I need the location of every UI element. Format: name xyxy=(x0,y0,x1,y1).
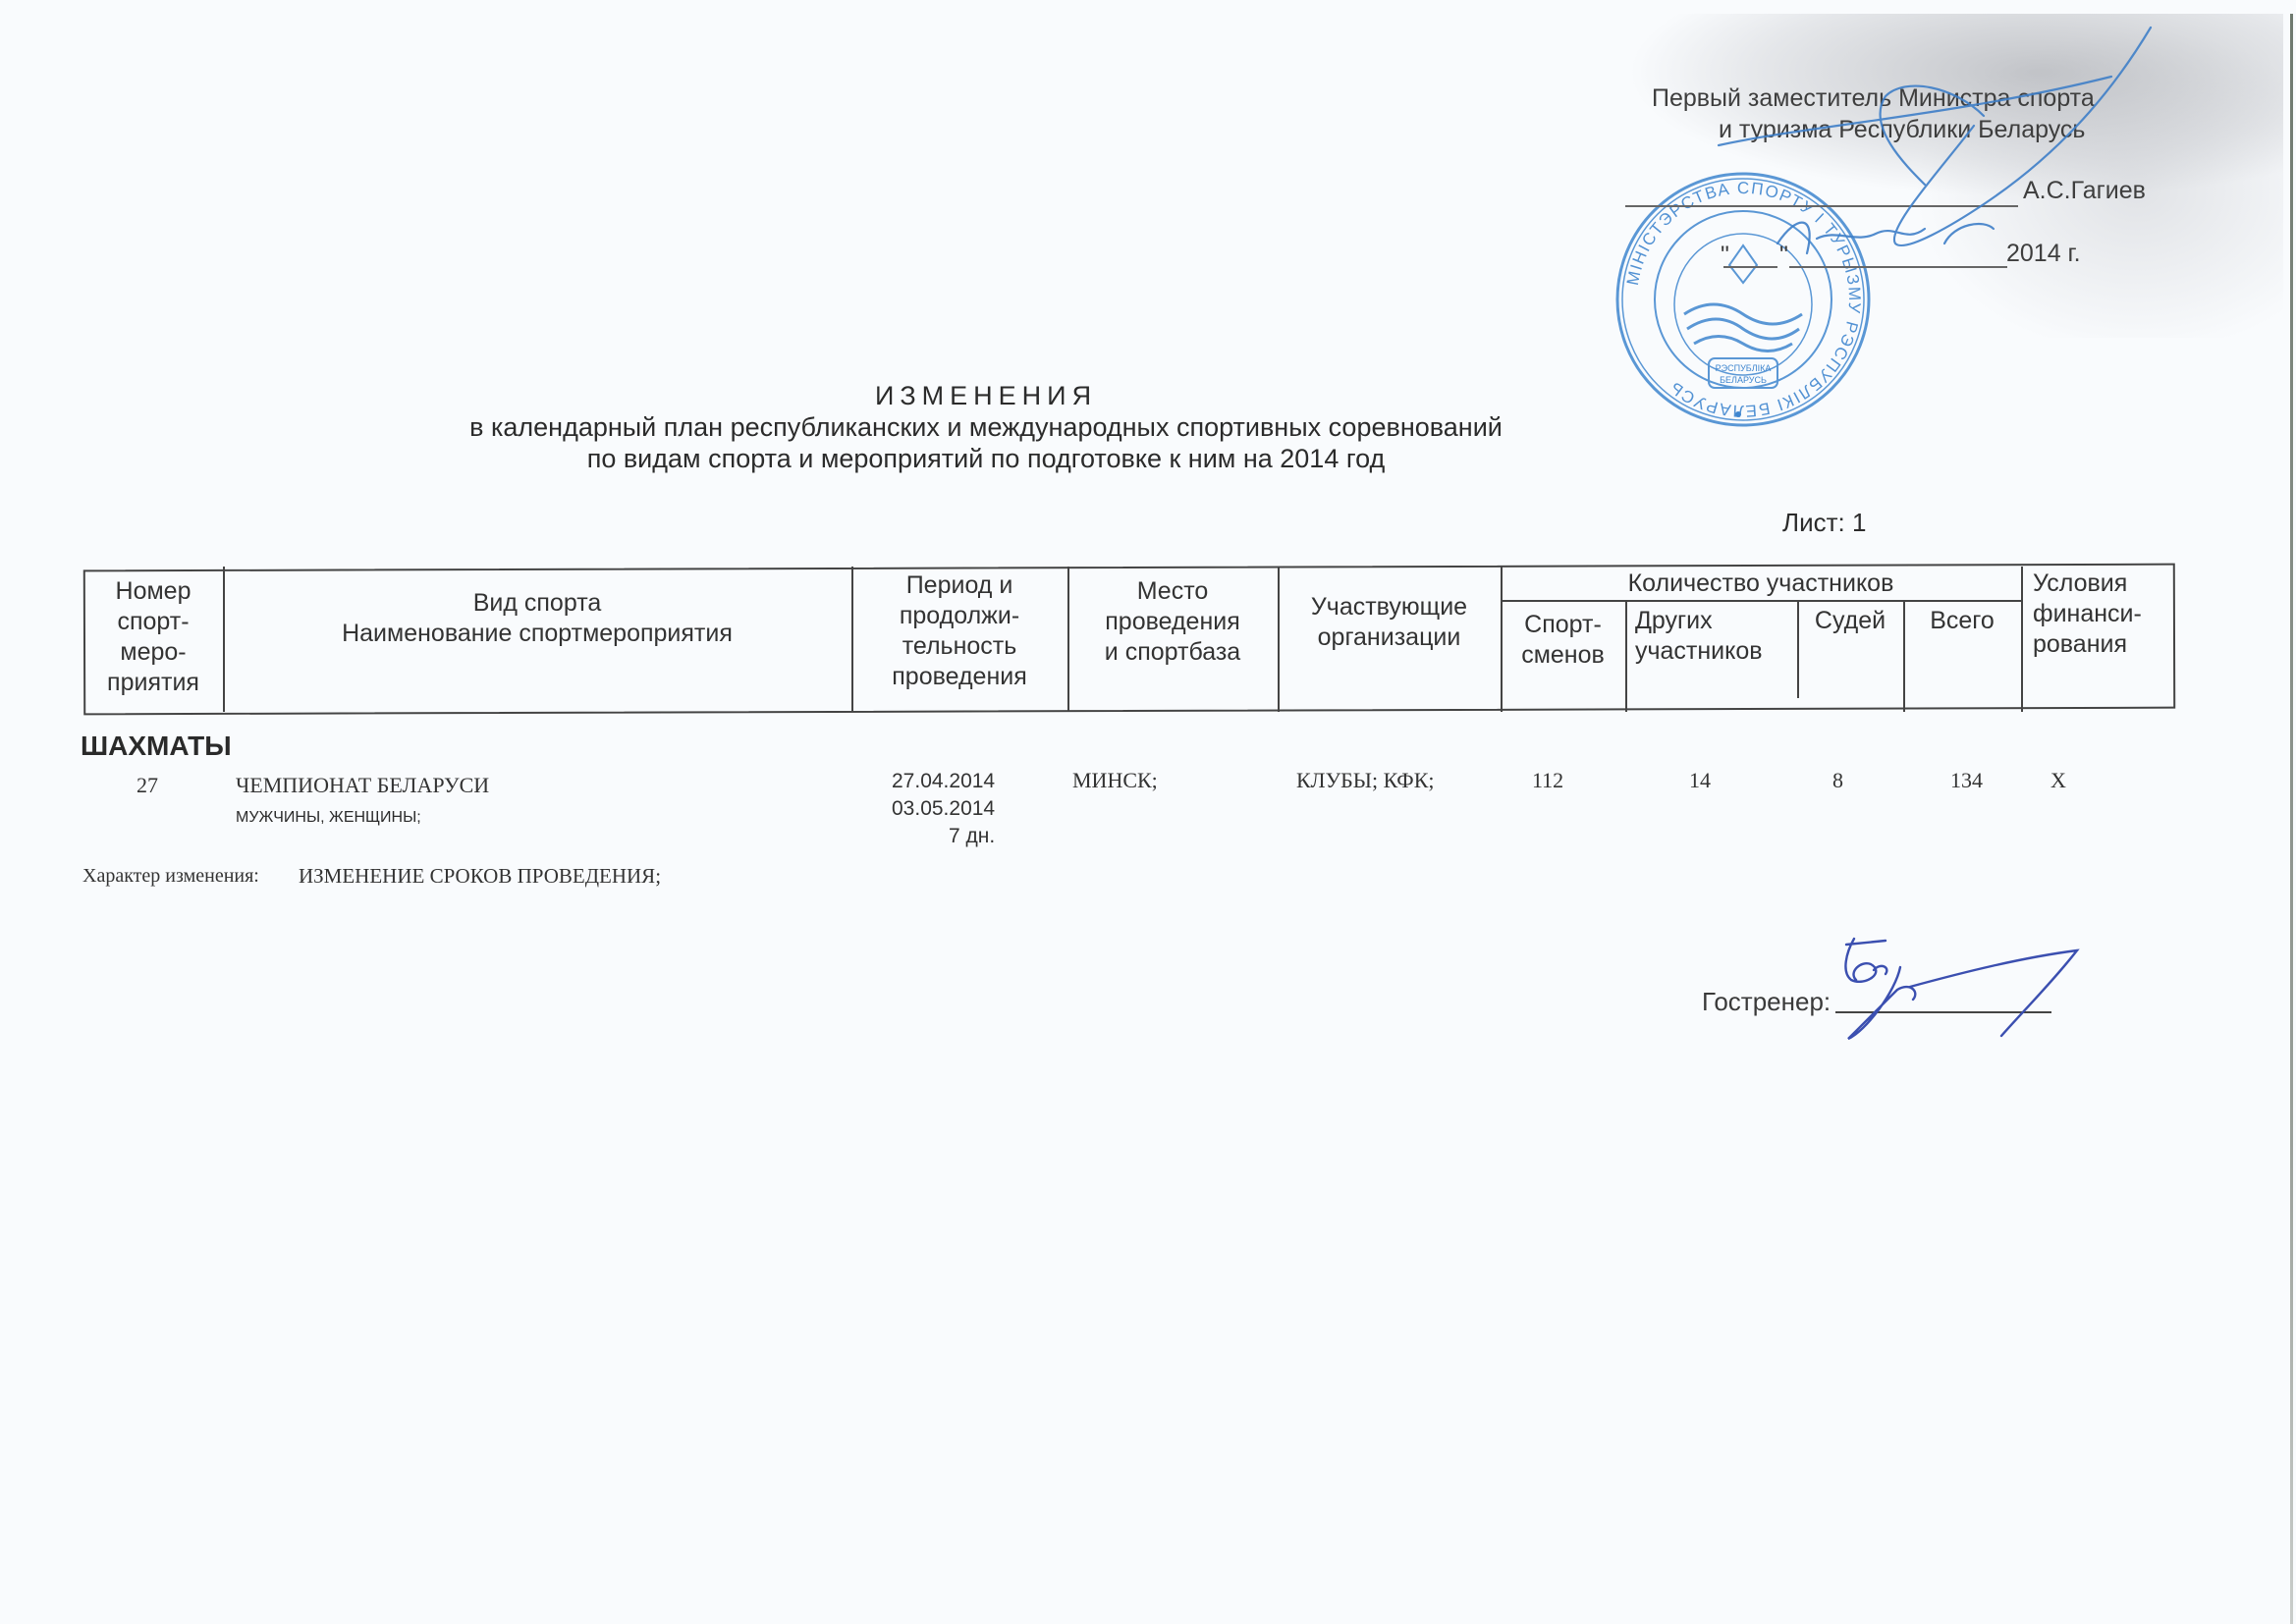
svg-text:РЭСПУБЛІКА: РЭСПУБЛІКА xyxy=(1716,363,1772,373)
coach-label: Гостренер: xyxy=(1702,987,1831,1017)
event-duration: 7 дн. xyxy=(949,825,995,848)
change-value: ИЗМЕНЕНИЕ СРОКОВ ПРОВЕДЕНИЯ; xyxy=(299,864,661,889)
event-organizations: КЛУБЫ; КФК; xyxy=(1296,768,1434,793)
column-divider xyxy=(1625,600,1627,712)
count-judges: 8 xyxy=(1832,768,1843,793)
approver-signature-icon xyxy=(1660,18,2170,293)
sheet-number: Лист: 1 xyxy=(1782,508,1866,538)
financing-value: Х xyxy=(2050,768,2066,793)
header-financing: Условияфинанси-рования xyxy=(2033,568,2175,660)
table-header: Номерспорт-меро-приятия Вид спортаНаимен… xyxy=(83,567,2175,712)
event-name: ЧЕМПИОНАТ БЕЛАРУСИ xyxy=(236,773,489,798)
document-subtitle-line1: в календарный план республиканских и меж… xyxy=(0,412,2134,443)
event-place: МИНСК; xyxy=(1072,768,1158,793)
event-number: 27 xyxy=(137,773,158,798)
event-date-start: 27.04.2014 xyxy=(892,770,995,793)
header-number: Номерспорт-меро-приятия xyxy=(83,576,223,698)
document-title: ИЗМЕНЕНИЯ xyxy=(0,381,2134,411)
count-others: 14 xyxy=(1689,768,1711,793)
header-participants-count: Количество участников xyxy=(1501,568,2021,599)
count-athletes: 112 xyxy=(1532,768,1563,793)
section-title: ШАХМАТЫ xyxy=(81,731,232,762)
event-date-end: 03.05.2014 xyxy=(892,797,995,821)
header-sport: Вид спортаНаименование спортмероприятия xyxy=(223,588,851,649)
subheader-divider xyxy=(1501,600,2021,602)
header-period: Период ипродолжи-тельностьпроведения xyxy=(851,570,1067,692)
header-total: Всего xyxy=(1903,606,2021,636)
header-other-participants: Другихучастников xyxy=(1635,606,1797,667)
document-subtitle-line2: по видам спорта и мероприятий по подгото… xyxy=(0,444,2134,474)
header-place: Местопроведенияи спортбаза xyxy=(1067,576,1278,668)
event-category: МУЖЧИНЫ, ЖЕНЩИНЫ; xyxy=(236,809,421,827)
header-organizations: Участвующиеорганизации xyxy=(1278,592,1501,653)
header-judges: Судей xyxy=(1797,606,1903,636)
coach-signature-icon xyxy=(1827,933,2092,1051)
change-label: Характер изменения: xyxy=(82,865,259,888)
header-athletes: Спорт-сменов xyxy=(1501,610,1625,671)
column-divider xyxy=(2021,567,2023,712)
scan-edge xyxy=(2290,14,2293,1624)
count-total: 134 xyxy=(1950,768,1983,793)
